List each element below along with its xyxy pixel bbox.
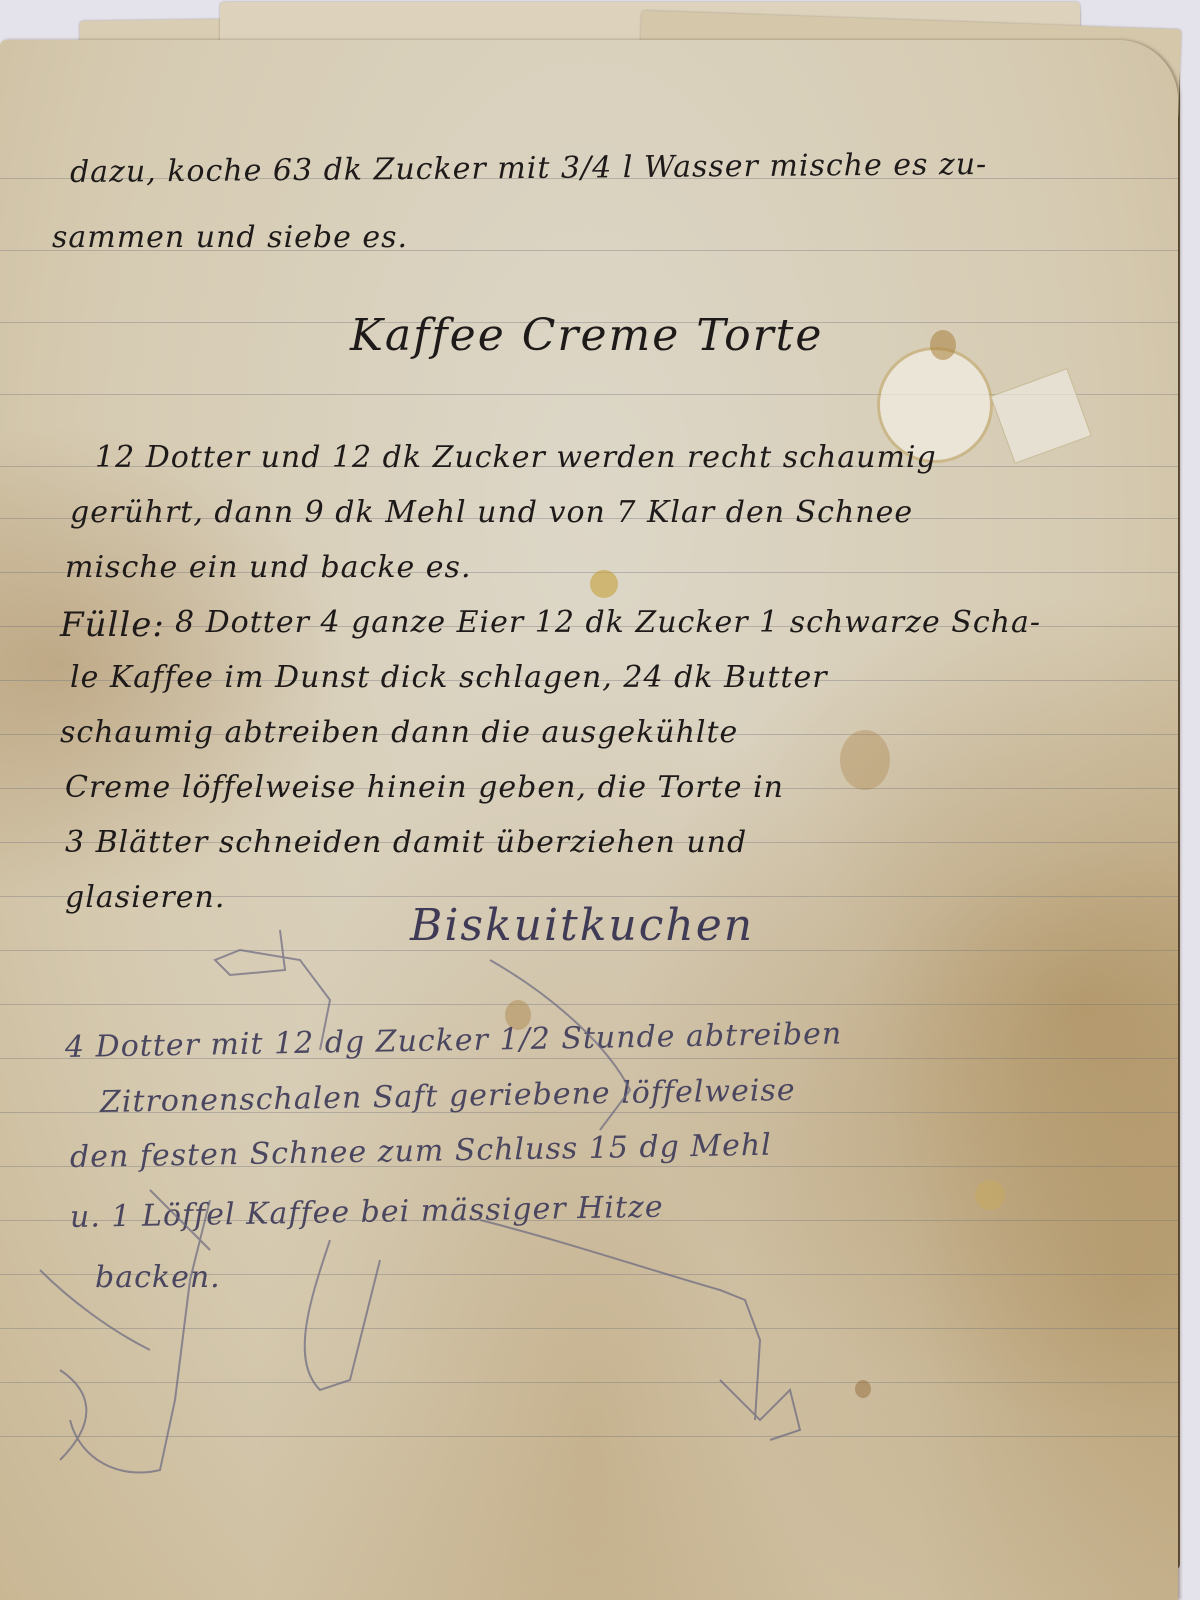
notebook-page: dazu, koche 63 dk Zucker mit 3/4 l Wasse…: [0, 40, 1178, 1600]
pencil-sketch: [0, 40, 1178, 1600]
